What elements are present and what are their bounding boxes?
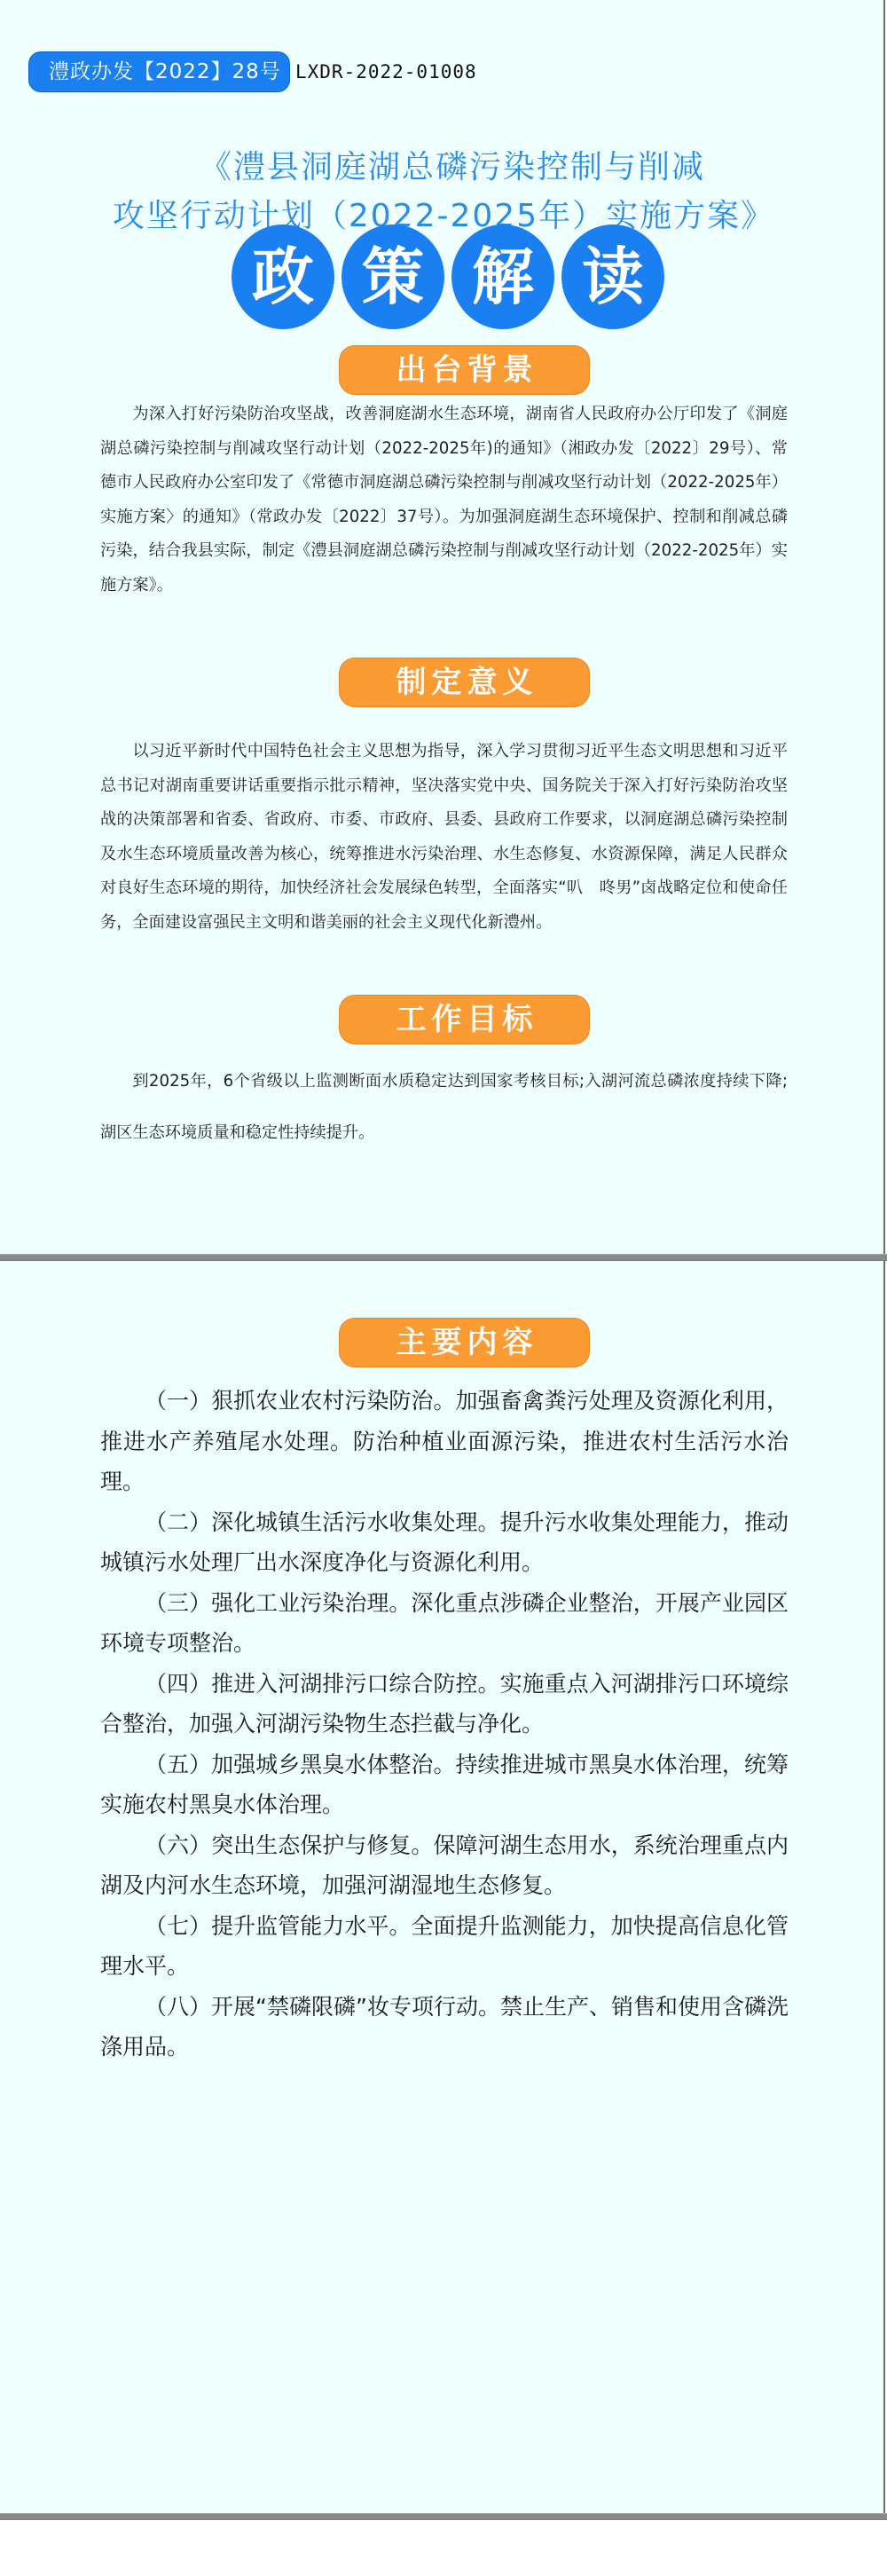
banner-circle-char: 读 xyxy=(561,225,664,329)
list-item: （八）开展“禁磷限磷”妆专项行动。禁止生产、销售和使用含磷洗涤用品。 xyxy=(100,1987,789,2068)
section-heading-main-content: 主要内容 xyxy=(339,1318,590,1367)
goals-paragraph: 到2025年，6个省级以上监测断面水质稳定达到国家考核目标;入湖河流总磷浓度持续… xyxy=(100,1056,788,1159)
list-item: （五）加强城乡黑臭水体整治。持续推进城市黑臭水体治理，统筹实施农村黑臭水体治理。 xyxy=(100,1745,789,1825)
section-heading-background: 出台背景 xyxy=(339,345,590,395)
document-code: LXDR-2022-01008 xyxy=(295,51,477,92)
list-item: （四）推进入河湖排污口综合防控。实施重点入河湖排污口环境综合整治，加强入河湖污染… xyxy=(100,1664,789,1745)
list-item: （三）强化工业污染治理。深化重点涉磷企业整治，开展产业园区环境专项整治。 xyxy=(100,1583,789,1664)
document-title-line-1: 《澧县洞庭湖总磷污染控制与削减 xyxy=(0,142,887,187)
section-heading-goals: 工作目标 xyxy=(339,995,590,1044)
document-number-badge: 澧政办发【2022】28号 xyxy=(28,51,290,92)
list-item: （一）狠抓农业农村污染防治。加强畜禽粪污处理及资源化利用，推进水产养殖尾水处理。… xyxy=(100,1381,789,1502)
section-heading-significance: 制定意义 xyxy=(339,658,590,707)
list-item: （二）深化城镇生活污水收集处理。提升污水收集处理能力，推动城镇污水处理厂出水深度… xyxy=(100,1502,789,1583)
page-panel-bottom: 主要内容 （一）狠抓农业农村污染防治。加强畜禽粪污处理及资源化利用，推进水产养殖… xyxy=(0,1261,885,2513)
page-divider xyxy=(0,1254,887,1261)
background-paragraph: 为深入打好污染防治攻坚战，改善洞庭湖水生态环境，湖南省人民政府办公厅印发了《洞庭… xyxy=(100,398,788,603)
policy-interpretation-banner: 政 策 解 读 xyxy=(232,225,666,329)
banner-circle-char: 策 xyxy=(341,225,444,329)
list-item: （七）提升监管能力水平。全面提升监测能力，加快提高信息化管理水平。 xyxy=(100,1906,789,1987)
banner-circle-char: 解 xyxy=(451,225,554,329)
main-content-list: （一）狠抓农业农村污染防治。加强畜禽粪污处理及资源化利用，推进水产养殖尾水处理。… xyxy=(100,1381,789,2068)
significance-paragraph: 以习近平新时代中国特色社会主义思想为指导，深入学习贯彻习近平生态文明思想和习近平… xyxy=(100,735,788,940)
page-divider xyxy=(0,2513,887,2520)
list-item: （六）突出生态保护与修复。保障河湖生态用水，系统治理重点内湖及内河水生态环境，加… xyxy=(100,1825,789,1906)
banner-circle-char: 政 xyxy=(232,225,334,329)
page-panel-top: 澧政办发【2022】28号 LXDR-2022-01008 《澧县洞庭湖总磷污染… xyxy=(0,0,885,1254)
